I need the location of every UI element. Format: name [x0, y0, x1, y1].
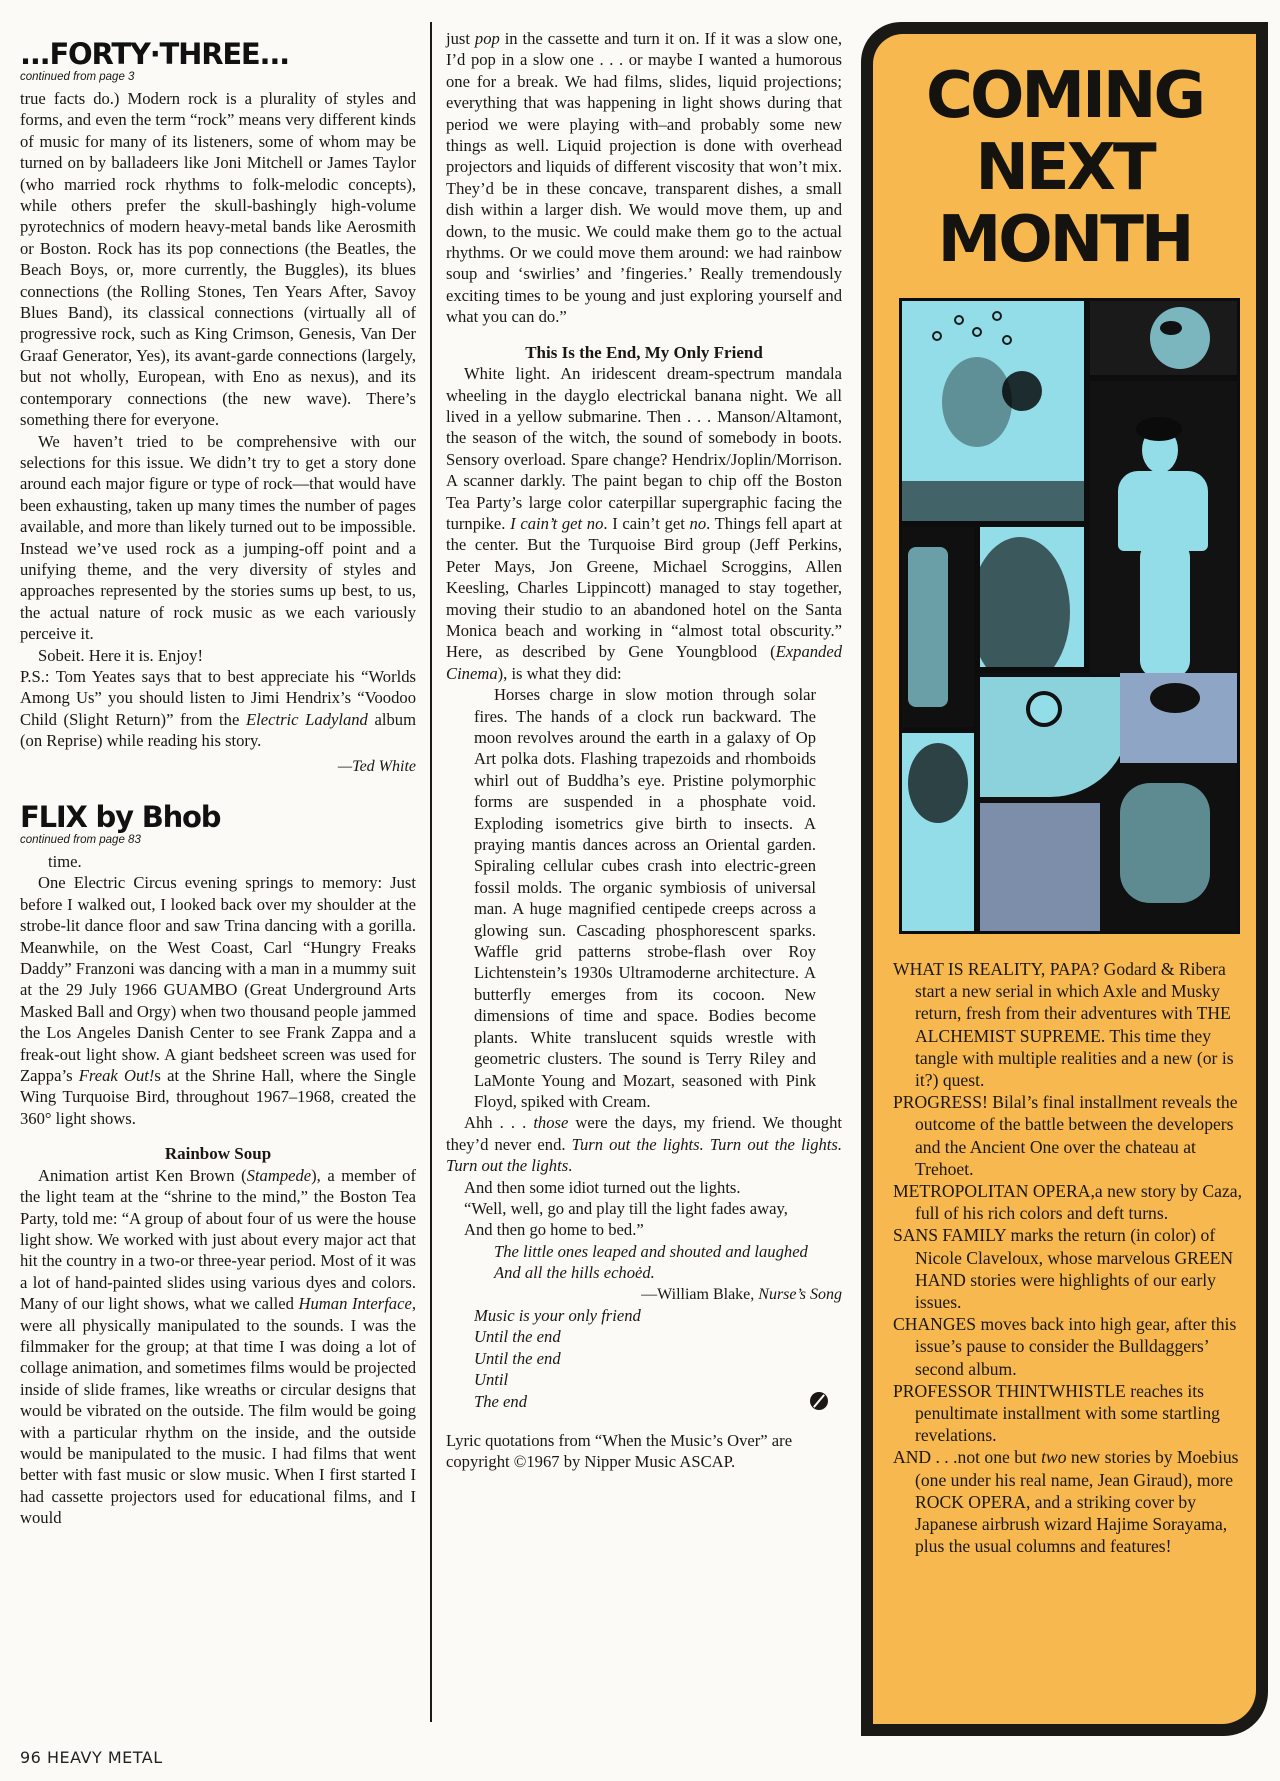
- bubble-icon: [972, 327, 982, 337]
- editor-signature: —Ted White: [20, 756, 416, 777]
- continued-from-page-83: continued from page 83: [20, 833, 416, 847]
- flix-title: FLIX by Bhob: [20, 801, 416, 833]
- comic-panel-swimmer: [902, 301, 1084, 521]
- flix-paragraph: White light. An iridescent dream-spectru…: [446, 363, 842, 684]
- subhead-rainbow-soup: Rainbow Soup: [20, 1143, 416, 1164]
- youngblood-quote: Horses charge in slow motion through sol…: [474, 684, 816, 1112]
- forty-three-title: ...FORTY·THREE...: [20, 38, 416, 70]
- album-title: Electric Ladyland: [246, 710, 368, 729]
- middle-column: just pop in the cassette and turn it on.…: [446, 0, 842, 1473]
- comic-panel-helmet: [980, 673, 1237, 931]
- comic-preview-collage: [899, 298, 1240, 934]
- comic-panel-woman: [1090, 381, 1237, 701]
- page-folio: 96 HEAVY METAL: [20, 1748, 163, 1767]
- coming-next-month-title: COMING NEXT MONTH: [873, 60, 1256, 276]
- list-item: CHANGES moves back into high gear, after…: [893, 1313, 1242, 1380]
- blake-quote-line: And then go home to bed.”: [446, 1219, 842, 1240]
- flix-paragraph: Ahh . . . those were the days, my friend…: [446, 1112, 842, 1176]
- flix-paragraph: just pop in the cassette and turn it on.…: [446, 28, 842, 328]
- coming-next-month-list: WHAT IS REALITY, PAPA? Godard & Ribera s…: [893, 958, 1242, 1557]
- flix-paragraph: And then some idiot turned out the light…: [446, 1177, 842, 1198]
- flix-paragraph: Animation artist Ken Brown (Stampede), a…: [20, 1165, 416, 1529]
- continued-from-page-3: continued from page 3: [20, 70, 416, 84]
- copyright-footnote: Lyric quotations from “When the Music’s …: [446, 1430, 842, 1473]
- list-item: PROFESSOR THINTWHISTLE reaches its penul…: [893, 1380, 1242, 1447]
- blake-quote-line: “Well, well, go and play till the light …: [446, 1198, 842, 1219]
- bubble-icon: [954, 315, 964, 325]
- end-of-article-icon: [810, 1392, 828, 1410]
- column-rule: [430, 22, 432, 1722]
- panel-background: COMING NEXT MONTH: [873, 34, 1256, 1724]
- coming-next-month-panel: COMING NEXT MONTH: [861, 22, 1268, 1736]
- editorial-paragraph: We haven’t tried to be comprehensive wit…: [20, 431, 416, 645]
- blake-attribution: —William Blake, Nurse’s Song: [446, 1284, 842, 1305]
- doors-lyrics: Music is your only friend Until the end …: [474, 1305, 842, 1412]
- bubble-icon: [1002, 335, 1012, 345]
- comic-panel-machinery: [902, 527, 974, 727]
- list-item: METROPOLITAN OPERA,a new story by Caza, …: [893, 1180, 1242, 1224]
- list-item: AND . . .not one but two new stories by …: [893, 1446, 1242, 1557]
- flix-paragraph: One Electric Circus evening springs to m…: [20, 872, 416, 1129]
- comic-panel-bald-man: [980, 527, 1084, 667]
- editorial-paragraph: true facts do.) Modern rock is a plurali…: [20, 88, 416, 431]
- list-item: WHAT IS REALITY, PAPA? Godard & Ribera s…: [893, 958, 1242, 1091]
- postscript: P.S.: Tom Yeates says that to best appre…: [20, 666, 416, 752]
- bubble-icon: [992, 311, 1002, 321]
- bubble-icon: [932, 331, 942, 341]
- blake-poem: The little ones leaped and shouted and l…: [474, 1241, 842, 1284]
- list-item: SANS FAMILY marks the return (in color) …: [893, 1224, 1242, 1313]
- flix-lead: time.: [20, 851, 416, 872]
- editorial-paragraph: Sobeit. Here it is. Enjoy!: [20, 645, 416, 666]
- comic-panel-bearded-man: [902, 733, 974, 931]
- subhead-end-only-friend: This Is the End, My Only Friend: [446, 342, 842, 363]
- left-column: ...FORTY·THREE... continued from page 3 …: [20, 0, 416, 1529]
- list-item: PROGRESS! Bilal’s final installment reve…: [893, 1091, 1242, 1180]
- comic-panel-face: [1090, 301, 1237, 375]
